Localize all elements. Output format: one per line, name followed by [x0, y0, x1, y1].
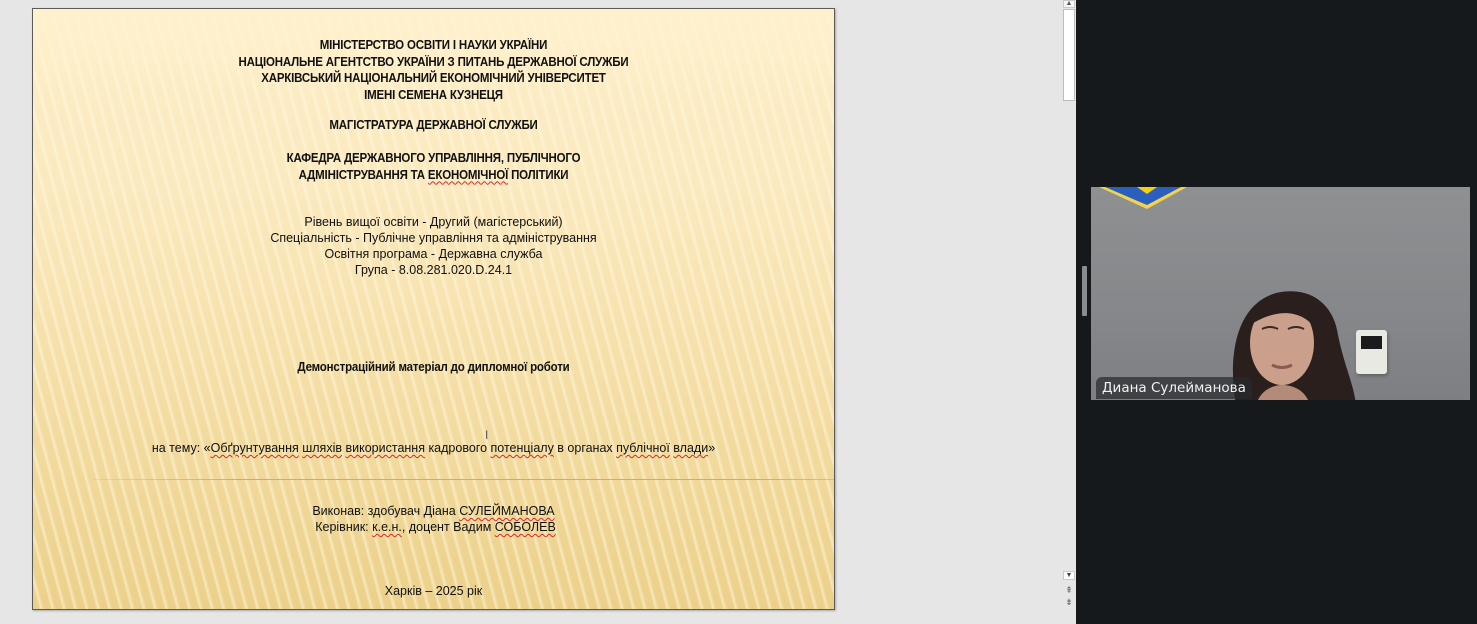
education-program: Освітня програма - Державна служба: [33, 246, 834, 262]
intercom-screen: [1361, 336, 1382, 349]
spellcheck-word[interactable]: ЕКОНОМІЧНОЇ: [428, 168, 508, 182]
institution-header[interactable]: МІНІСТЕРСТВО ОСВІТИ І НАУКИ УКРАЇНИ НАЦІ…: [65, 37, 802, 103]
education-details[interactable]: Рівень вищої освіти - Другий (магістерсь…: [33, 214, 834, 278]
topic-text: на тему: «: [152, 441, 211, 455]
department-line-2-text: ПОЛІТИКИ: [508, 168, 568, 182]
title-slide[interactable]: МІНІСТЕРСТВО ОСВІТИ І НАУКИ УКРАЇНИ НАЦІ…: [32, 8, 835, 610]
i-beam-cursor-icon: I: [485, 428, 491, 442]
university-line: ХАРКІВСЬКИЙ НАЦІОНАЛЬНИЙ ЕКОНОМІЧНИЙ УНІ…: [65, 70, 802, 87]
scroll-down-button[interactable]: ▼: [1063, 571, 1075, 580]
spellcheck-word[interactable]: влади: [673, 441, 708, 455]
spellcheck-word[interactable]: Обґрунтування: [211, 441, 299, 455]
spellcheck-word[interactable]: використання: [345, 441, 424, 455]
spellcheck-word[interactable]: СОБОЛЕВ: [495, 520, 556, 534]
meeting-side-panel: Диана Сулейманова: [1076, 0, 1477, 624]
supervisor-text: Керівник:: [315, 520, 372, 534]
topic-text: в органах: [554, 441, 616, 455]
thesis-topic[interactable]: на тему: «Обґрунтування шляхів використа…: [33, 440, 834, 456]
participant-video-tile[interactable]: Диана Сулейманова: [1091, 187, 1470, 400]
wall-intercom: [1356, 330, 1387, 374]
app-window: МІНІСТЕРСТВО ОСВІТИ І НАУКИ УКРАЇНИ НАЦІ…: [0, 0, 1477, 624]
slide-text-frame[interactable]: МІНІСТЕРСТВО ОСВІТИ І НАУКИ УКРАЇНИ НАЦІ…: [33, 9, 834, 609]
agency-line: НАЦІОНАЛЬНЕ АГЕНТСТВО УКРАЇНИ З ПИТАНЬ Д…: [65, 54, 802, 71]
department-line-2-text: АДМІНІСТРУВАННЯ ТА: [299, 168, 428, 182]
next-slide-icon[interactable]: ⇟: [1063, 597, 1075, 607]
department-line-2: АДМІНІСТРУВАННЯ ТА ЕКОНОМІЧНОЇ ПОЛІТИКИ: [65, 167, 802, 184]
spellcheck-word[interactable]: СУЛЕЙМАНОВА: [459, 504, 554, 518]
magistracy-title[interactable]: МАГІСТРАТУРА ДЕРЖАВНОЇ СЛУЖБИ: [65, 117, 802, 134]
material-title[interactable]: Демонстраційний матеріал до дипломної ро…: [65, 359, 802, 376]
slide-editor-area: МІНІСТЕРСТВО ОСВІТИ І НАУКИ УКРАЇНИ НАЦІ…: [0, 0, 1076, 624]
spellcheck-word[interactable]: шляхів: [302, 441, 342, 455]
topic-text: кадрового: [425, 441, 491, 455]
university-name-line: ІМЕНІ СЕМЕНА КУЗНЕЦЯ: [65, 87, 802, 104]
emblem-icon: [1091, 187, 1201, 209]
editor-vertical-scrollbar[interactable]: ▲ ▼ ⇞ ⇟: [1062, 0, 1076, 624]
topic-text: »: [708, 441, 715, 455]
ministry-line: МІНІСТЕРСТВО ОСВІТИ І НАУКИ УКРАЇНИ: [65, 37, 802, 54]
supervisor-text: , доцент Вадим: [402, 520, 495, 534]
author-line: Виконав: здобувач Діана СУЛЕЙМАНОВА: [33, 503, 834, 519]
department-title[interactable]: КАФЕДРА ДЕРЖАВНОГО УПРАВЛІННЯ, ПУБЛІЧНОГ…: [65, 150, 802, 183]
previous-slide-icon[interactable]: ⇞: [1063, 585, 1075, 595]
student-group: Група - 8.08.281.020.D.24.1: [33, 262, 834, 278]
spellcheck-word[interactable]: публічної: [616, 441, 670, 455]
scrollbar-thumb[interactable]: [1063, 9, 1075, 101]
education-level: Рівень вищої освіти - Другий (магістерсь…: [33, 214, 834, 230]
spellcheck-word[interactable]: к.е.н.: [372, 520, 402, 534]
author-text: Виконав: здобувач Діана: [312, 504, 459, 518]
author-info[interactable]: Виконав: здобувач Діана СУЛЕЙМАНОВА Кері…: [33, 503, 834, 535]
department-line-1: КАФЕДРА ДЕРЖАВНОГО УПРАВЛІННЯ, ПУБЛІЧНОГ…: [65, 150, 802, 167]
supervisor-line: Керівник: к.е.н., доцент Вадим СОБОЛЕВ: [33, 519, 834, 535]
specialty: Спеціальність - Публічне управління та а…: [33, 230, 834, 246]
panel-resize-handle[interactable]: [1082, 266, 1087, 316]
city-year[interactable]: Харків – 2025 рік: [33, 583, 834, 599]
scroll-up-button[interactable]: ▲: [1063, 0, 1075, 8]
participant-name-label: Диана Сулейманова: [1096, 377, 1252, 399]
spellcheck-word[interactable]: потенціалу: [491, 441, 554, 455]
